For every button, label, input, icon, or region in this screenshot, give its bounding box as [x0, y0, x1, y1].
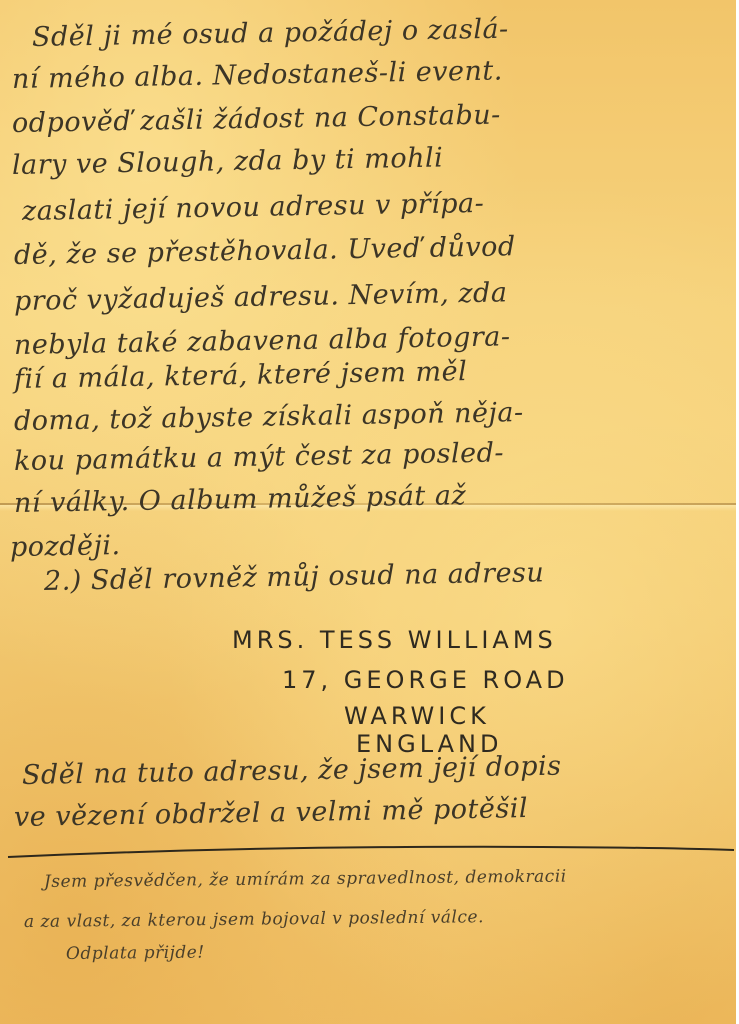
letter-body-line-8: nebyla také zabavena alba fotogra-	[14, 321, 511, 361]
letter-body-line-2: ní mého alba. Nedostaneš-li event.	[12, 55, 503, 95]
address-street: 17, GEORGE ROAD	[282, 666, 569, 694]
note-line-1: Jsem přesvědčen, že umírám za spravedlno…	[44, 867, 567, 892]
note-line-2: a za vlast, za kterou jsem bojoval v pos…	[24, 907, 484, 932]
letter-body-line-12: ní války. O album můžeš psát až	[14, 480, 467, 519]
closing-line-1: Sděl na tuto adresu, že jsem její dopis	[22, 751, 562, 791]
letter-body-line-10: doma, tož abyste získali aspoň něja-	[14, 397, 524, 437]
letter-body-line-6: dě, že se přestěhovala. Uveď důvod	[14, 231, 516, 271]
letter-body-line-14: 2.) Sděl rovněž můj osud na adresu	[44, 557, 545, 597]
letter-body-line-7: proč vyžaduješ adresu. Nevím, zda	[14, 277, 508, 317]
divider-line	[6, 844, 736, 858]
letter-body-line-3: odpověď zašli žádost na Constabu-	[12, 99, 501, 139]
note-line-3: Odplata přijde!	[66, 943, 205, 964]
address-city: WARWICK	[344, 702, 490, 730]
closing-line-2: ve vězení obdržel a velmi mě potěšil	[14, 793, 529, 833]
letter-page: Sděl ji mé osud a požádej o zaslá- ní mé…	[0, 0, 736, 1024]
letter-body-line-9: fií a mála, která, které jsem měl	[14, 356, 468, 395]
letter-body-line-1: Sděl ji mé osud a požádej o zaslá-	[32, 14, 509, 53]
letter-body-line-11: kou památku a mýt čest za posled-	[14, 437, 504, 477]
letter-body-line-5: zaslati její novou adresu v přípa-	[22, 188, 485, 227]
address-name: MRS. TESS WILLIAMS	[232, 626, 557, 654]
letter-body-line-4: lary ve Slough, zda by ti mohli	[12, 142, 444, 181]
letter-body-line-13: později.	[10, 530, 121, 563]
